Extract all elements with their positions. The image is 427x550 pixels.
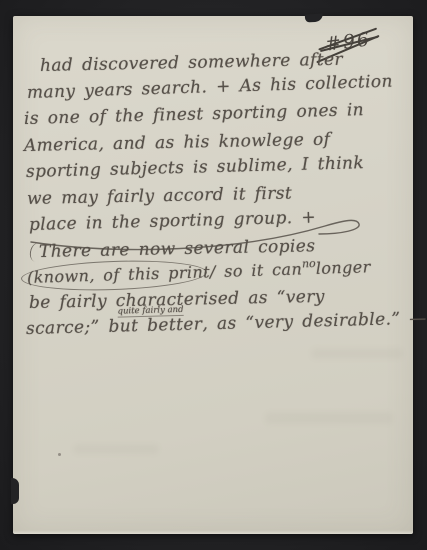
- line-segment: longer: [316, 257, 371, 278]
- superscript-insertion: no: [302, 257, 316, 270]
- line-segment: scarce;” but: [26, 316, 148, 339]
- manuscript-line: is one of the finest sporting ones in: [24, 100, 365, 129]
- bleed-through-ghost: [73, 444, 159, 454]
- flourish-stroke: [23, 212, 371, 258]
- ink-speck: [58, 453, 61, 456]
- manuscript-line: scarce;” but betterquite fairly and, as …: [26, 309, 427, 339]
- bleed-through-ghost: [265, 412, 393, 424]
- manuscript-line: many years search. + As his collection: [27, 72, 393, 103]
- line-segment: better: [147, 314, 203, 335]
- annotation-oval: [21, 258, 208, 293]
- line-segment: , as “very desirable.” —: [202, 309, 427, 335]
- photograph-background: { "scene": { "background_color": "#23232…: [0, 0, 427, 550]
- manuscript-line: we may fairly accord it first: [27, 183, 293, 209]
- manuscript-page: #96 had discovered somewhere after many …: [13, 16, 413, 534]
- paper-chip-top-edge: [305, 14, 323, 23]
- interlinear-insertion: quite fairly and: [117, 305, 183, 318]
- paper-chip-left-edge: [11, 478, 19, 504]
- manuscript-line: America, and as his knowlege of: [24, 130, 331, 156]
- manuscript-line: had discovered somewhere after: [40, 50, 343, 76]
- bleed-through-ghost: [311, 348, 403, 359]
- manuscript-line: sporting subjects is sublime, I think: [26, 153, 365, 182]
